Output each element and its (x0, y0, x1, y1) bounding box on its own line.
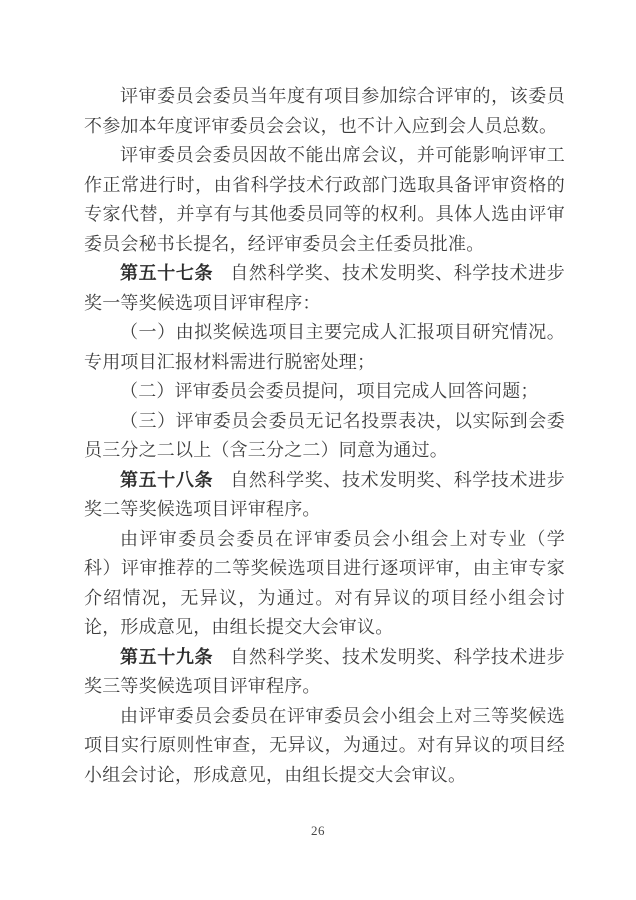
document-body: 评审委员会委员当年度有项目参加综合评审的，该委员不参加本年度评审委员会会议，也不… (84, 82, 565, 790)
body-paragraph: （一）由拟奖候选项目主要完成人汇报项目研究情况。专用项目汇报材料需进行脱密处理； (84, 318, 565, 377)
article-number: 第五十七条 (120, 263, 213, 283)
body-paragraph: 由评审委员会委员在评审委员会小组会上对三等奖候选项目实行原则性审查，无异议，为通… (84, 702, 565, 791)
body-paragraph: 评审委员会委员因故不能出席会议，并可能影响评审工作正常进行时，由省科学技术行政部… (84, 141, 565, 259)
article-paragraph: 第五十九条自然科学奖、技术发明奖、科学技术进步奖三等奖候选项目评审程序。 (84, 643, 565, 702)
article-number: 第五十八条 (120, 470, 213, 490)
body-paragraph: 由评审委员会委员在评审委员会小组会上对专业（学科）评审推荐的二等奖候选项目进行逐… (84, 525, 565, 643)
article-paragraph: 第五十八条自然科学奖、技术发明奖、科学技术进步奖二等奖候选项目评审程序。 (84, 466, 565, 525)
body-paragraph: 评审委员会委员当年度有项目参加综合评审的，该委员不参加本年度评审委员会会议，也不… (84, 82, 565, 141)
body-paragraph: （三）评审委员会委员无记名投票表决，以实际到会委员三分之二以上（含三分之二）同意… (84, 407, 565, 466)
body-paragraph: （二）评审委员会委员提问，项目完成人回答问题； (84, 377, 565, 407)
document-page: 评审委员会委员当年度有项目参加综合评审的，该委员不参加本年度评审委员会会议，也不… (0, 0, 636, 900)
article-number: 第五十九条 (120, 647, 213, 667)
article-paragraph: 第五十七条自然科学奖、技术发明奖、科学技术进步奖一等奖候选项目评审程序： (84, 259, 565, 318)
page-number: 26 (0, 823, 636, 839)
